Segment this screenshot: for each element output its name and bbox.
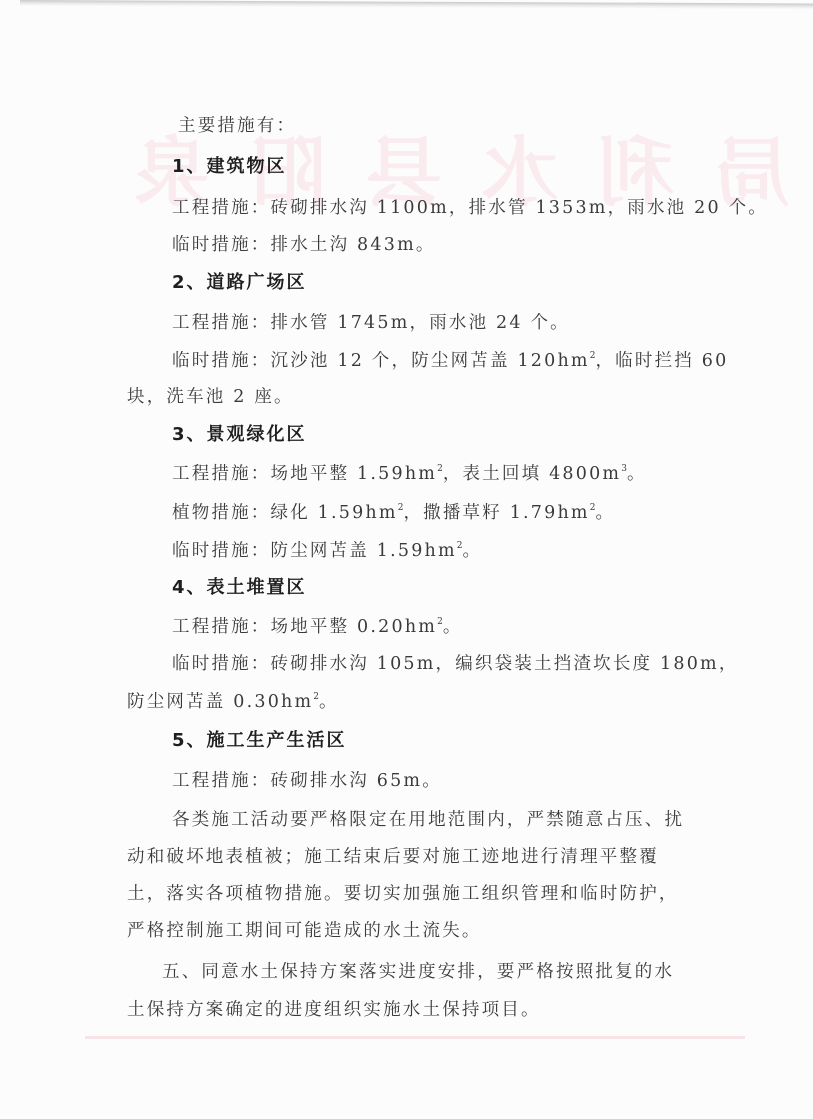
section-5-line-1: 工程措施：砖砌排水沟 65m。 xyxy=(172,767,442,792)
section-heading-4: 4、表土堆置区 xyxy=(172,573,307,599)
section-heading-5: 5、施工生产生活区 xyxy=(172,726,347,752)
section-3-line-3: 临时措施：防尘网苫盖 1.59hm2。 xyxy=(172,537,482,562)
section-4-line-1: 工程措施：场地平整 0.20hm2。 xyxy=(172,613,463,638)
section-2-line-2: 临时措施：沉沙池 12 个，防尘网苫盖 120hm2，临时拦挡 60 xyxy=(172,347,728,372)
section-5-paragraph-line-4: 严格控制施工期间可能造成的水土流失。 xyxy=(127,917,482,942)
section-heading-2: 2、道路广场区 xyxy=(172,268,307,294)
scan-top-edge xyxy=(20,0,813,9)
section-5-paragraph-line-3: 土，落实各项植物措施。要切实加强施工组织管理和临时防护， xyxy=(127,880,679,905)
section-3-line-1: 工程措施：场地平整 1.59hm2，表土回填 4800m3。 xyxy=(172,460,647,485)
section-3-line-2: 植物措施：绿化 1.59hm2，撒播草籽 1.79hm2。 xyxy=(172,499,615,524)
bleed-through-red-rule xyxy=(85,1036,745,1039)
section-heading-1: 1、建筑物区 xyxy=(172,152,287,178)
section-2-line-1: 工程措施：排水管 1745m，雨水池 24 个。 xyxy=(172,309,570,334)
section-2-line-3: 块，洗车池 2 座。 xyxy=(127,383,294,408)
section-1-line-2: 临时措施：排水土沟 843m。 xyxy=(172,231,436,256)
section-4-line-3: 防尘网苫盖 0.30hm2。 xyxy=(127,688,339,713)
section-5-paragraph-line-2: 动和破坏地表植被；施工结束后要对施工迹地进行清理平整覆 xyxy=(127,843,659,868)
closing-paragraph-line-2: 土保持方案确定的进度组织实施水土保持项目。 xyxy=(127,996,541,1021)
section-4-line-2: 临时措施：砖砌排水沟 105m，编织袋装土挡渣坎长度 180m， xyxy=(172,650,739,675)
section-1-line-1: 工程措施：砖砌排水沟 1100m，排水管 1353m，雨水池 20 个。 xyxy=(172,194,768,219)
section-5-paragraph-line-1: 各类施工活动要严格限定在用地范围内，严禁随意占压、扰 xyxy=(172,806,684,831)
intro-text: 主要措施有： xyxy=(178,112,296,137)
section-heading-3: 3、景观绿化区 xyxy=(172,420,307,446)
closing-paragraph-line-1: 五、同意水土保持方案落实进度安排，要严格按照批复的水 xyxy=(162,958,674,983)
